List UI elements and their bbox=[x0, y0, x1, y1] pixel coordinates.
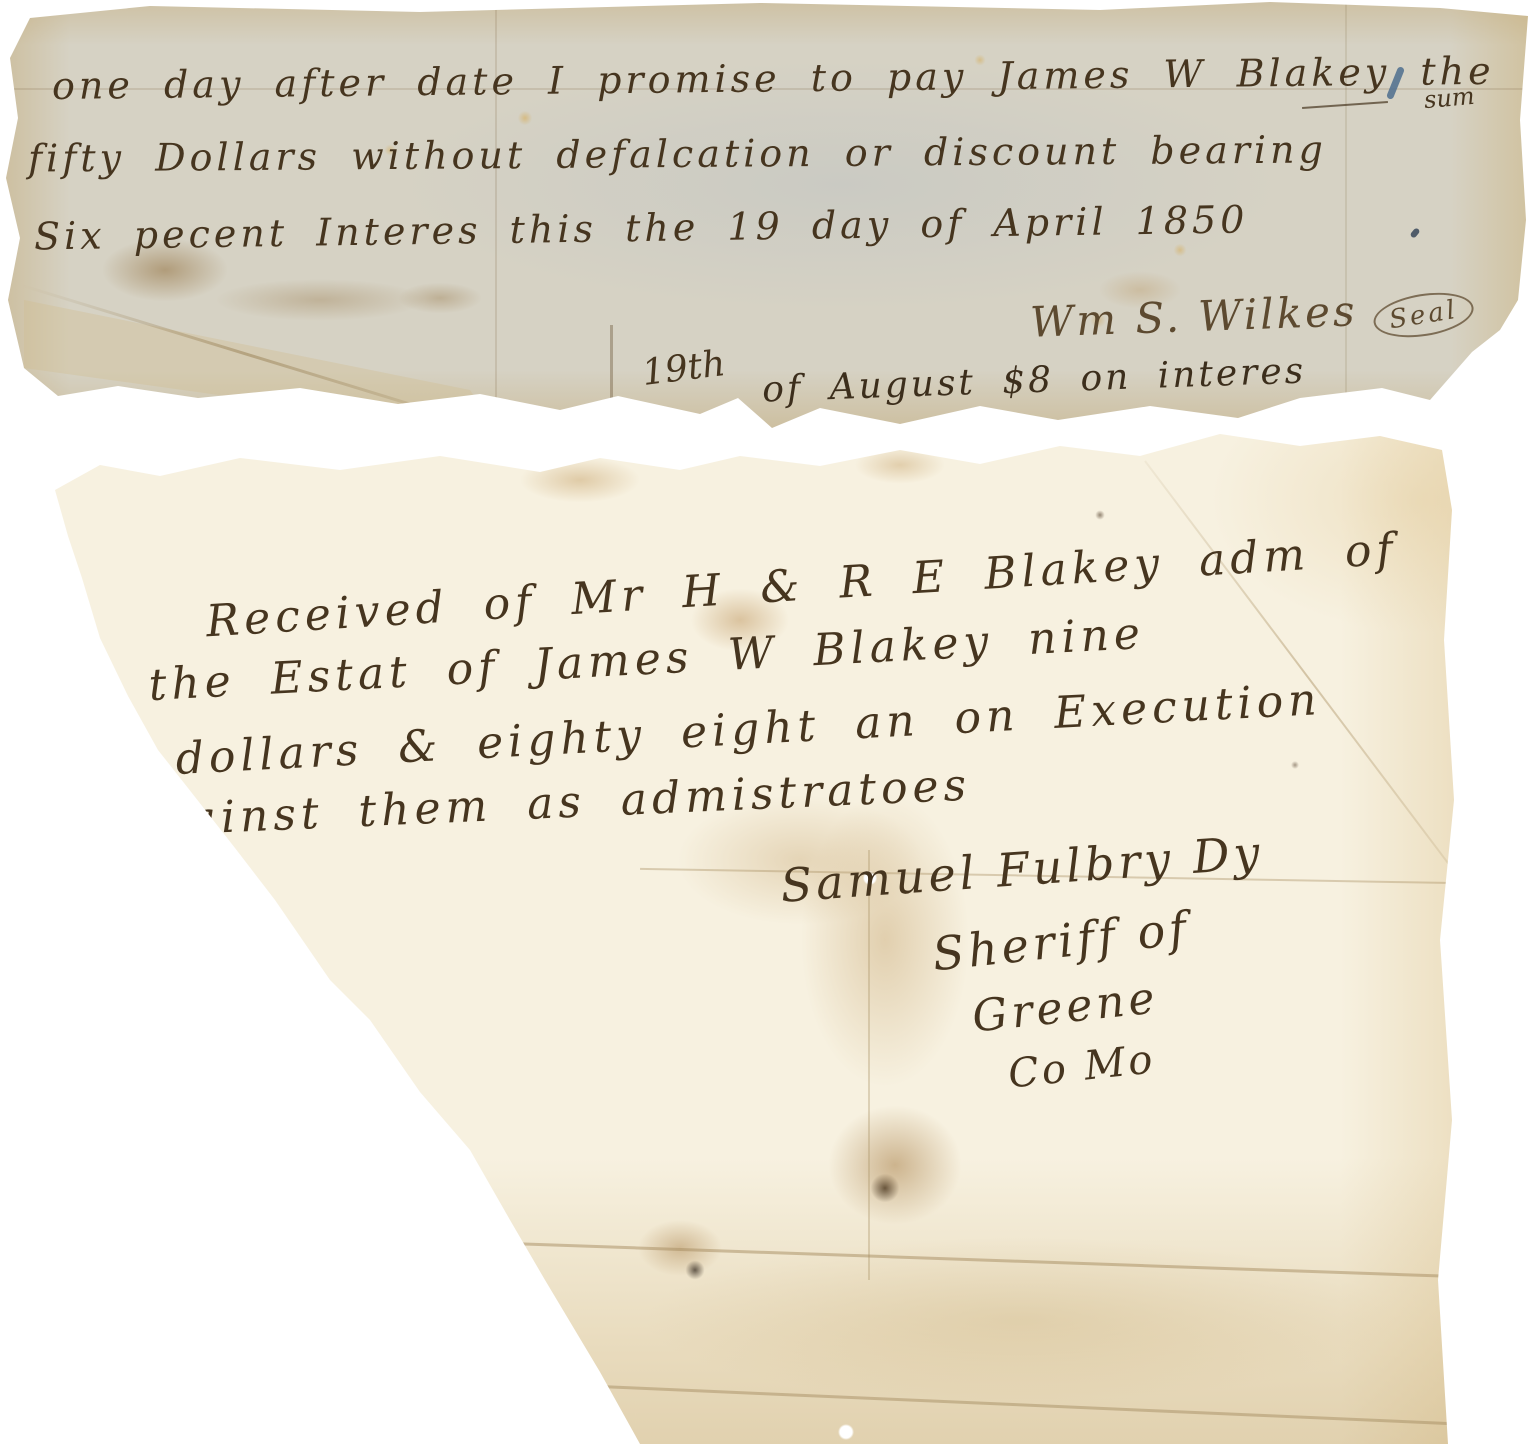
fold-crease bbox=[600, 1385, 1459, 1426]
receipt-signature-state: Co Mo bbox=[1006, 1036, 1157, 1097]
fold-crease bbox=[868, 850, 870, 1280]
note-line-2: fifty Dollars without defalcation or dis… bbox=[28, 127, 1327, 180]
signature-name: Wm S. Wilkes bbox=[1029, 286, 1358, 346]
receipt-signature-county: Greene bbox=[970, 972, 1161, 1042]
note-inserted-word: sum bbox=[1423, 82, 1476, 114]
promissory-note-paper: one day after date I promise to pay Jame… bbox=[0, 0, 1530, 440]
scanned-document: one day after date I promise to pay Jame… bbox=[0, 0, 1530, 1444]
fold-crease bbox=[510, 1242, 1460, 1278]
tear-crease bbox=[610, 325, 613, 435]
note-line-3: Six pecent Interes this the 19 day of Ap… bbox=[34, 198, 1249, 259]
blue-ink-speck bbox=[1409, 227, 1420, 239]
receipt-signature-title: Sheriff of bbox=[930, 901, 1193, 982]
note-postscript: of August $8 on interes bbox=[761, 351, 1306, 411]
note-signature: Wm S. WilkesSeal bbox=[1029, 282, 1475, 349]
sheriff-receipt-paper: Received of Mr H & R E Blakey adm of the… bbox=[40, 420, 1460, 1444]
insertion-mark bbox=[1302, 101, 1388, 109]
receipt-signature: Samuel Fulbry Dy bbox=[779, 825, 1266, 913]
note-postscript-day: 19th bbox=[640, 343, 728, 394]
seal-flourish: Seal bbox=[1371, 286, 1477, 343]
note-line-1: one day after date I promise to pay Jame… bbox=[52, 48, 1530, 108]
